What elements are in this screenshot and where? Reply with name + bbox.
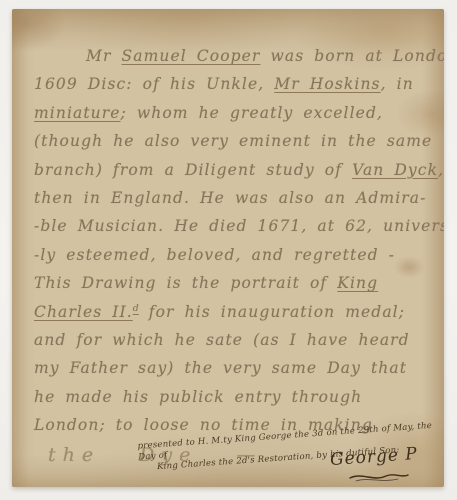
manuscript-line: 1609 Disc: of his Unkle, Mr Hoskins, in — [34, 75, 434, 103]
manuscript-line: miniature; whom he greatly excelled, — [34, 104, 434, 132]
manuscript-line: -ble Musician. He died 1671, at 62, univ… — [34, 217, 434, 245]
manuscript-line: he made his publick entry through — [34, 388, 434, 416]
manuscript-line: Mr Samuel Cooper was born at London — [34, 47, 434, 75]
manuscript-line: my Father say) the very same Day that — [34, 359, 434, 387]
manuscript-line: and for which he sate (as I have heard — [34, 331, 434, 359]
signature-flourish-icon — [348, 471, 410, 483]
photo-background: Mr Samuel Cooper was born at London1609 … — [0, 0, 457, 500]
manuscript-text: Mr Samuel Cooper was born at London1609 … — [34, 47, 434, 473]
manuscript-paper: Mr Samuel Cooper was born at London1609 … — [12, 9, 444, 487]
manuscript-line: branch) from a Diligent study of Van Dyc… — [34, 161, 434, 189]
manuscript-line: This Drawing is the portrait of King — [34, 274, 434, 302]
manuscript-line: -ly esteemed, beloved, and regretted - — [34, 246, 434, 274]
manuscript-line: then in England. He was also an Admira- — [34, 189, 434, 217]
manuscript-line: Charles II.d for his inauguration medal; — [34, 303, 434, 331]
manuscript-line: (though he also very eminent in the same — [34, 132, 434, 160]
